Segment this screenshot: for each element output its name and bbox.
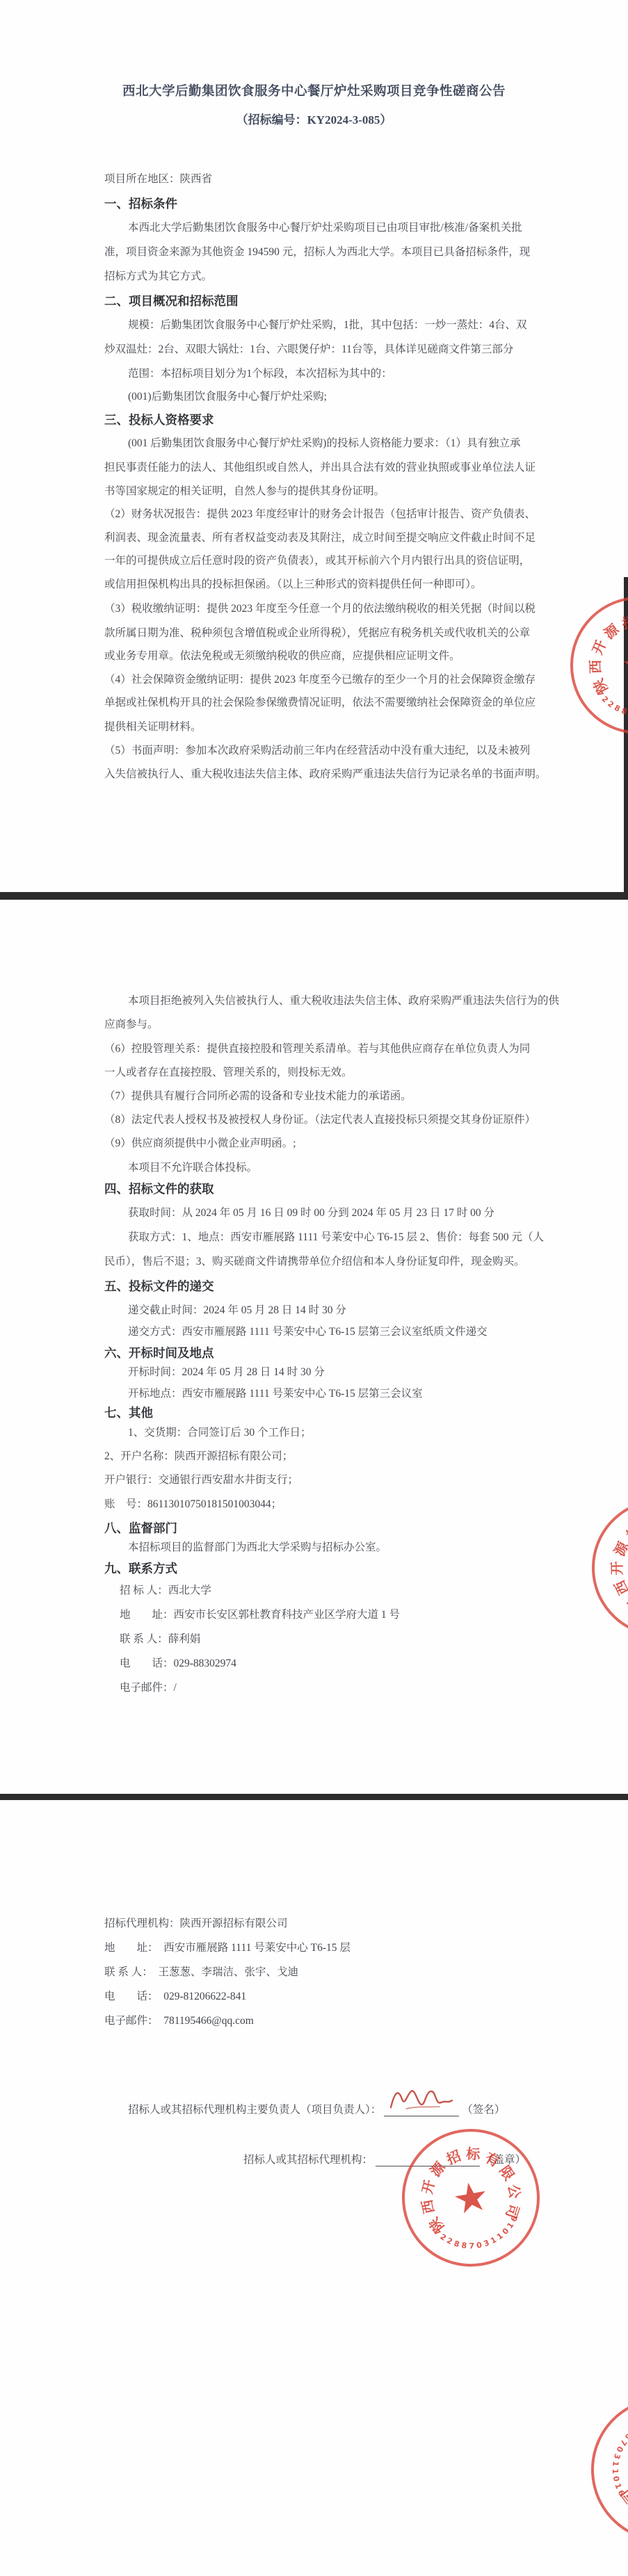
doc-line: 或信用担保机构出具的投标担保函。（以上三种形式的资料提供任何一种即可）。 [104, 578, 482, 592]
doc-line: 联 系 人：薛利娟 [120, 1633, 200, 1646]
doc-line: 款所属日期为准、税种须包含增值税或企业所得税），凭据应有税务机关或代收机关的公章 [104, 626, 530, 640]
doc-line: (001)后勤集团饮食服务中心餐厅炉灶采购; [128, 390, 327, 404]
doc-line: 1、交货期：合同签订后 30 个工作日； [128, 1426, 312, 1440]
doc-line: （4）社会保障资金缴纳证明：提供 2023 年度至今已缴存的至少一个月的社会保障… [104, 673, 536, 687]
doc-line: 提供相关证明材料。 [104, 720, 202, 734]
doc-line: 规模：后勤集团饮食服务中心餐厅炉灶采购，1批，其中包括：一炒一蒸灶：4台、双 [128, 318, 527, 332]
doc-line: 递交截止时间：2024 年 05 月 28 日 14 时 30 分 [128, 1304, 346, 1318]
stamp-company-char: 西 [417, 2197, 436, 2217]
doc-line: （2）财务状况报告：提供 2023 年度经审计的财务会计报告（包括审计报告、资产… [104, 508, 536, 521]
stamp-company-char: 开 [607, 1560, 624, 1577]
doc-line: 担民事责任能力的法人、其他组织或自然人，并出具合法有效的营业执照或事业单位法人证 [104, 461, 536, 475]
stamp-company-char: 公 [506, 2182, 525, 2201]
doc-line: 电子邮件： 781195466@qq.com [104, 2014, 254, 2028]
doc-line: 入失信被执行人、重大税收违法失信主体、政府采购严重违法失信行为记录名单的书面声明… [104, 768, 547, 781]
doc-line: 五、投标文件的递交 [104, 1279, 214, 1293]
stamp-company-char: 标 [465, 2144, 482, 2161]
doc-line: 或业务专用章。依法免税或无须缴纳税收的供应商，应提供相应证明文件。 [104, 649, 460, 663]
doc-line: 电 话： 029-81206622-841 [104, 1990, 246, 2004]
official-stamp-partial-1: ★ 陕西开源招标有限公司6101130788227 [570, 597, 628, 734]
doc-line: 准，项目资金来源为其他资金 194590 元，招标人为西北大学。本项目已具备招标… [104, 245, 530, 259]
doc-line: 项目所在地区：陕西省 [104, 172, 212, 186]
principal-signature-line: 招标人或其招标代理机构主要负责人（项目负责人）： （签名） [128, 2101, 505, 2116]
doc-line: 电子邮件：/ [120, 1681, 177, 1695]
doc-line: 民币），售后不退；3、购买磋商文件请携带单位介绍信和本人身份证复印件，现金购买。 [104, 1255, 525, 1269]
doc-line: 招 标 人：西北大学 [120, 1584, 211, 1598]
handwritten-signature [385, 2084, 458, 2114]
doc-line: 招标方式为其它方式。 [104, 270, 212, 284]
doc-line: 一年的可提供成立后任意时段的资产负债表），或其开标前六个月内银行出具的资信证明， [104, 554, 530, 568]
doc-line: （7）提供具有履行合同所必需的设备和专业技术能力的承诺函。 [104, 1089, 412, 1103]
scanned-document: 西北大学后勤集团饮食服务中心餐厅炉灶采购项目竞争性磋商公告 （招标编号：KY20… [0, 0, 628, 2576]
doc-line: 获取时间：从 2024 年 05 月 16 日 09 时 00 分到 2024 … [128, 1206, 494, 1220]
official-stamp: ★ 陕西开源招标有限公司6101130788227 [391, 2118, 550, 2277]
doc-line: 三、投标人资格要求 [104, 413, 214, 427]
doc-line: 电 话：029-88302974 [120, 1657, 236, 1671]
doc-line: 应商参与。 [104, 1018, 159, 1032]
doc-line: 书等国家规定的相关证明，自然人参与的提供其身份证明。 [104, 485, 385, 499]
doc-line: 本项目不允许联合体投标。 [128, 1161, 257, 1175]
doc-line: 一人或者存在直接控股、管理关系的，则投标无效。 [104, 1066, 353, 1080]
doc-line: 开标地点：西安市雁展路 1111 号莱安中心 T6-15 层第三会议室 [128, 1387, 423, 1401]
principal-label: 招标人或其招标代理机构主要负责人（项目负责人）： [128, 2101, 381, 2116]
doc-line: 地 址：西安市长安区郭杜教育科技产业区学府大道 1 号 [120, 1608, 400, 1622]
doc-line: 本项目拒绝被列入失信被执行人、重大税收违法失信主体、政府采购严重违法失信行为的供 [128, 994, 559, 1008]
doc-line: 开户银行：交通银行西安甜水井街支行； [104, 1473, 298, 1487]
doc-line: 一、招标条件 [104, 197, 177, 211]
doc-line: 本西北大学后勤集团饮食服务中心餐厅炉灶采购项目已由项目审批/核准/备案机关批 [128, 221, 522, 235]
doc-line: 八、监督部门 [104, 1521, 177, 1535]
doc-line: 炒双温灶：2台、双眼大锅灶：1台、六眼煲仔炉：11台等，具体详见磋商文件第三部分 [104, 343, 513, 357]
signature-slot [384, 2102, 459, 2116]
doc-line: 开标时间：2024 年 05 月 28 日 14 时 30 分 [128, 1366, 325, 1379]
doc-line: （5）书面声明：参加本次政府采购活动前三年内在经营活动中没有重大违纪，以及未被列 [104, 744, 530, 758]
doc-line: 利润表、现金流量表、所有者权益变动表及其附注，成立时间至提交响应文件截止时间不足 [104, 531, 536, 545]
doc-line: 本招标项目的监督部门为西北大学采购与招标办公室。 [128, 1541, 387, 1555]
doc-line: 地 址： 西安市雁展路 1111 号莱安中心 T6-15 层 [104, 1941, 351, 1955]
doc-line: 九、联系方式 [104, 1562, 177, 1575]
doc-line: （6）控股管理关系：提供直接控股和管理关系清单。若与其他供应商存在单位负责人为同 [104, 1042, 530, 1056]
doc-line: 获取方式：1、地点：西安市雁展路 1111 号莱安中心 T6-15 层 2、售价… [128, 1231, 544, 1245]
agency-label: 招标人或其招标代理机构： [243, 2151, 373, 2166]
doc-line: 四、招标文件的获取 [104, 1182, 214, 1196]
doc-line: 单据或社保机构开具的社会保险参保缴费情况证明，依法不需要缴纳社会保障资金的单位应 [104, 696, 536, 710]
stamp-company-char: 西 [586, 658, 603, 676]
page-separator-1 [0, 892, 628, 900]
doc-line: （9）供应商须提供中小微企业声明函。; [104, 1137, 296, 1151]
document-title: 西北大学后勤集团饮食服务中心餐厅炉灶采购项目竞争性磋商公告 [0, 81, 628, 99]
sign-suffix-label: （签名） [462, 2101, 505, 2116]
page-separator-2 [0, 1794, 628, 1800]
official-stamp-partial-3: ★ 陕西开源招标有限公司6101130788227 [567, 2374, 628, 2566]
doc-line: （8）法定代表人授权书及被授权人身份证。（法定代表人直接投标只须提交其身份证原件… [104, 1113, 536, 1127]
doc-line: 七、其他 [104, 1406, 153, 1420]
doc-line: 递交方式：西安市雁展路 1111 号莱安中心 T6-15 层第三会议室纸质文件递… [128, 1325, 488, 1339]
doc-line: 二、项目概况和招标范围 [104, 294, 239, 308]
document-tender-number: （招标编号：KY2024-3-085） [0, 110, 628, 127]
doc-line: （3）税收缴纳证明：提供 2023 年度至今任意一个月的依法缴纳税收的相关凭据（… [104, 602, 536, 616]
doc-line: 2、开户名称：陕西开源招标有限公司； [104, 1450, 293, 1464]
doc-line: 账 号：86113010750181501003044； [104, 1498, 282, 1512]
doc-line: 六、开标时间及地点 [104, 1346, 214, 1360]
doc-line: (001 后勤集团饮食服务中心餐厅炉灶采购)的投标人资格能力要求：（1）具有独立… [128, 437, 520, 451]
official-stamp-partial-2: ★ 陕西开源招标有限公司6101130788227 [569, 1476, 628, 1659]
doc-line: 招标代理机构：陕西开源招标有限公司 [104, 1917, 288, 1931]
doc-line: 范围：本招标项目划分为1个标段，本次招标为其中的： [128, 367, 392, 381]
doc-line: 联 系 人： 王葱葱、李瑞洁、张宇、戈迪 [104, 1966, 298, 1979]
